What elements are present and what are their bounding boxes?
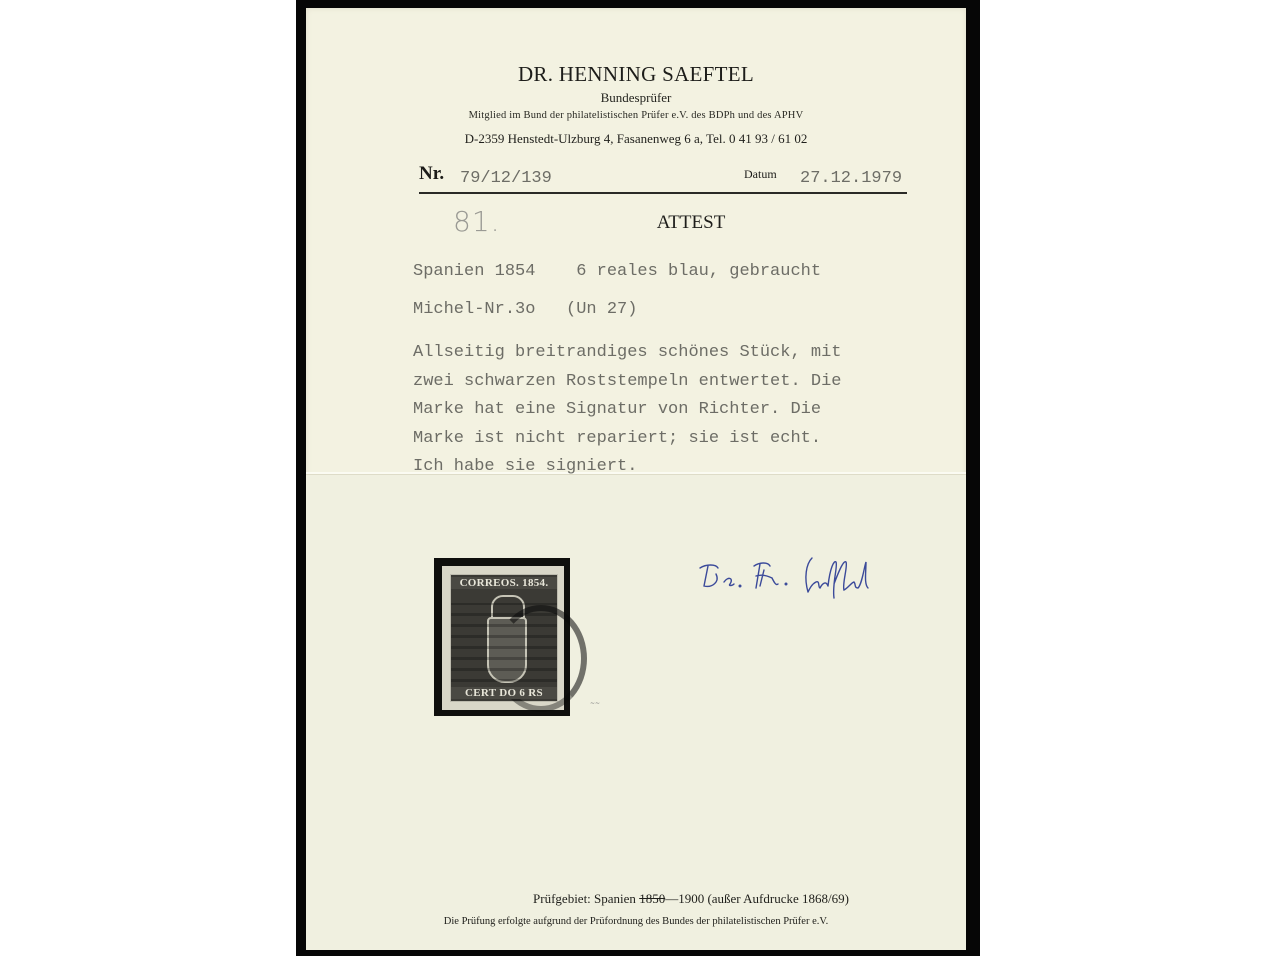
certificate-heading: ATTEST [306,212,1076,234]
signature-icon [694,548,894,608]
nr-label: Nr. [419,163,444,185]
stamp-bottom-text: CERT DO 6 RS [451,687,557,699]
membership-line: Mitglied im Bund der philatelistischen P… [306,110,966,121]
lower-panel [306,475,966,950]
body-line: Allseitig breitrandiges schönes Stück, m… [413,339,841,368]
stamp-image: CORREOS. 1854. CERT DO 6 RS [442,566,564,710]
stamp-description: Spanien 1854 6 reales blau, gebraucht [413,262,821,281]
certificate-date: 27.12.1979 [800,169,902,188]
certificate-body: Allseitig breitrandiges schönes Stück, m… [413,339,841,482]
stamp-design: CORREOS. 1854. CERT DO 6 RS [450,574,558,702]
address-line: D-2359 Henstedt-Ulzburg 4, Fasanenweg 6 … [306,131,966,147]
body-line: Marke ist nicht repariert; sie ist echt. [413,425,841,454]
body-line: zwei schwarzen Roststempeln entwertet. D… [413,368,841,397]
regulation-line: Die Prüfung erfolgte aufgrund der Prüfor… [306,916,966,927]
scope-struck-year: 1850 [639,891,665,906]
date-label: Datum [744,167,777,182]
certificate-number: 79/12/139 [460,169,552,188]
scope-range-end: —1900 [665,891,704,906]
stamp-top-text: CORREOS. 1854. [451,577,557,589]
scope-prefix: Prüfgebiet: Spanien [533,891,639,906]
scope-line: Prüfgebiet: Spanien 1850—1900 (außer Auf… [306,891,1076,907]
expert-name: DR. HENNING SAEFTEL [306,62,966,87]
header-rule [419,192,907,194]
expert-title: Bundesprüfer [306,90,966,106]
tiny-signature-mark: ~~ [590,700,600,707]
body-line: Marke hat eine Signatur von Richter. Die [413,396,841,425]
catalog-number: Michel-Nr.3o (Un 27) [413,300,637,319]
scope-suffix: (außer Aufdrucke 1868/69) [704,891,849,906]
body-line: Ich habe sie signiert. [413,453,841,482]
